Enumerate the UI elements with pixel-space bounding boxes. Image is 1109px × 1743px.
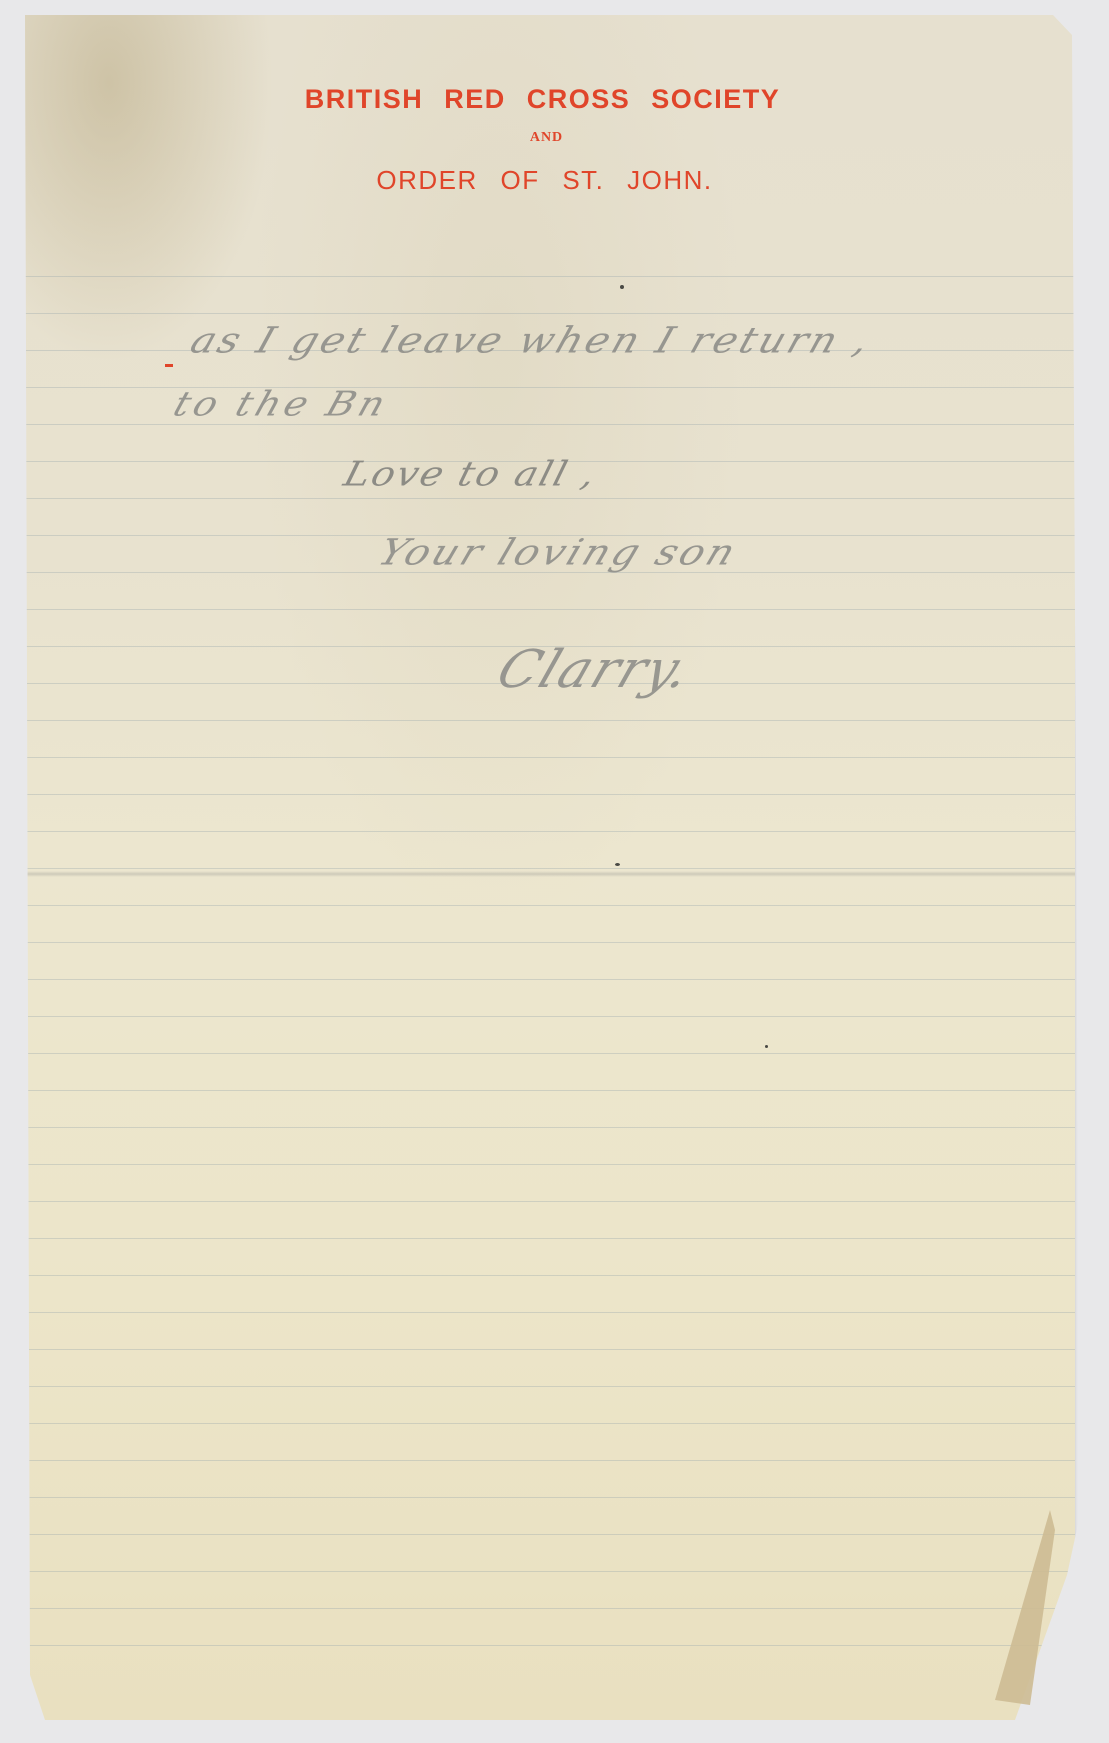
handwritten-closing: Love to all , — [340, 454, 602, 494]
handwritten-line-2: to the Bn — [169, 384, 395, 424]
ink-speck — [615, 863, 620, 866]
handwritten-signature: Clarry. — [489, 640, 701, 700]
handwritten-valediction: Your loving son — [372, 532, 743, 573]
fold-crease — [25, 871, 1075, 877]
letterhead-organization: BRITISH RED CROSS SOCIETY — [0, 84, 1097, 115]
red-ink-mark — [165, 364, 173, 367]
handwritten-line-1: as I get leave when I return , — [185, 320, 877, 361]
letter-paper — [25, 15, 1075, 1720]
ink-speck — [765, 1045, 768, 1048]
letterhead-conjunction: AND — [0, 130, 1101, 146]
letterhead-order: ORDER OF ST. JOHN. — [0, 165, 1099, 196]
ink-speck — [620, 285, 624, 289]
